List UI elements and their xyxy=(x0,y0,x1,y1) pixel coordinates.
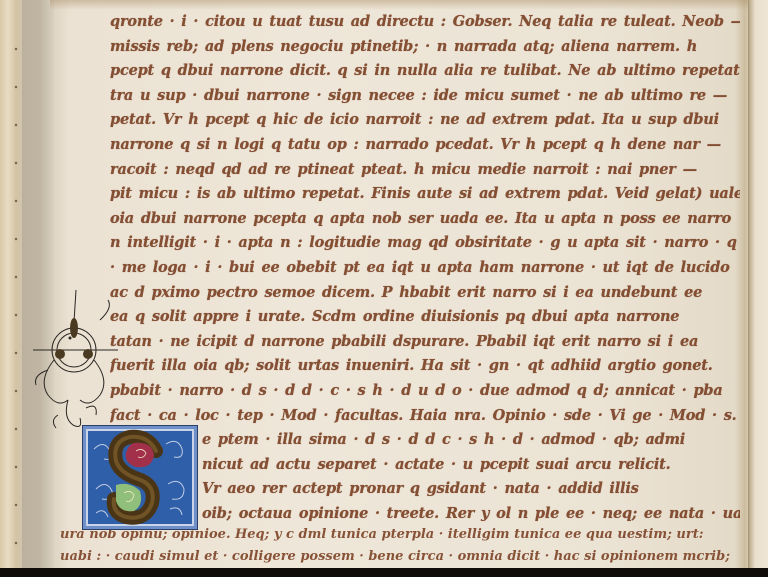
text-line: oib; octaua opinione · treete. Rer y ol … xyxy=(110,502,740,527)
manuscript-photo: qronte · i · citou u tuat tusu ad direct… xyxy=(0,0,768,568)
text-line: tra u sup · dbui narrone · sign necee : … xyxy=(110,84,740,109)
manuscript-text-block: qronte · i · citou u tuat tusu ad direct… xyxy=(110,10,740,526)
text-line: Vr aeo rer actept pronar q gsidant · nat… xyxy=(110,477,740,502)
text-line: petat. Vr h pcept q hic de icio narroit … xyxy=(110,108,740,133)
text-line: oia dbui narrone pcepta q apta nob ser u… xyxy=(110,207,740,232)
top-edge-stain xyxy=(50,0,750,10)
text-line: fuerit illa oia qb; solit urtas inueniri… xyxy=(110,354,740,379)
bottom-black-bar xyxy=(0,568,768,577)
marginal-note: quabi : xyxy=(34,522,69,535)
text-line: e ptem · illa sima · d s · d d c · s h ·… xyxy=(110,428,740,453)
facing-page-edge xyxy=(748,0,768,568)
text-line: racoit : neqd qd ad re ptineat pteat. h … xyxy=(110,158,740,183)
text-line: nicut ad actu separet · actate · u pcepi… xyxy=(110,453,740,478)
text-line: pbabit · narro · d s · d d · c · s h · d… xyxy=(110,379,740,404)
binding-stitches xyxy=(14,30,18,550)
text-line: pit micu : is ab ultimo repetat. Finis a… xyxy=(110,182,740,207)
illuminated-initial-s xyxy=(83,426,197,529)
text-line: n intelligit · i · apta n : logitudie ma… xyxy=(110,231,740,256)
text-line: missis reb; ad plens negociu ptinetib; ·… xyxy=(110,35,740,60)
text-line: · me loga · i · bui ee obebit pt ea iqt … xyxy=(110,256,740,281)
pen-flourish-ornament xyxy=(28,290,128,444)
text-line: narrone q si n logi q tatu op : narrado … xyxy=(110,133,740,158)
text-line: qronte · i · citou u tuat tusu ad direct… xyxy=(110,10,740,35)
text-line: ea q solit appre i urate. Scdm ordine di… xyxy=(110,305,740,330)
bottom-text-lines: ura nob opinu; opinioe. Heq; y c dml tun… xyxy=(60,524,720,568)
text-line: tatan · ne icipit d narrone pbabili dspu… xyxy=(110,330,740,355)
text-line: pcept q dbui narrone dicit. q si in null… xyxy=(110,59,740,84)
gutter-shadow xyxy=(22,0,54,568)
text-line: uabi : · caudi simul et · colligere poss… xyxy=(60,546,720,568)
text-line: fact · ca · loc · tep · Mod · facultas. … xyxy=(110,404,740,429)
text-line: ac d pximo pectro semoe dicem. P hbabit … xyxy=(110,281,740,306)
